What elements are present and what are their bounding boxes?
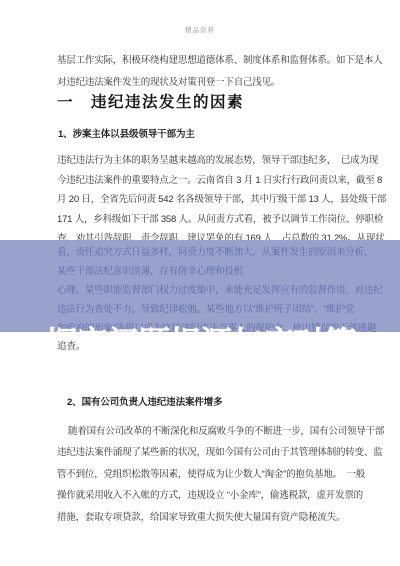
paragraph-1-continuation: 追查。 bbox=[57, 338, 86, 352]
paragraph-1: 违纪违法行为主体的职务呈越来越高的发展态势，领导干部违纪多， 已成为现 今违纪违… bbox=[57, 151, 360, 249]
body-text-line: 171 人，乡科级如下干部 358 人。从问责方式看，被予以调节工作岗位、停职检 bbox=[57, 210, 360, 230]
document-page: 精品资料 基层工作实际，积极环绕构建思想道德体系、制度体系和监督体系。如下是本人… bbox=[0, 0, 400, 566]
intro-line: 基层工作实际，积极环绕构建思想道德体系、制度体系和监督体系。如下是本人 bbox=[57, 50, 360, 72]
body-text-line: 违纪违法案件涌现了某些新的状况，现如今国有公司由于其管理体制的转变、监 bbox=[57, 442, 360, 463]
body-text-line: 管不到位，党组织松散等因素，使得成为让少数人“淘金”的抱负基地。 一般 bbox=[57, 464, 360, 485]
section-heading: 一 违纪违法发生的因素 bbox=[57, 90, 244, 112]
body-text-line: 随着国有公司改革的不断深化和反腐败斗争的不断进一步，国有公司领导干部 bbox=[57, 421, 360, 442]
promo-overlay-banner: 看，责任追究方式日益多样，问责力度不断加大。从案件发生的原因来分析， 某些干部法… bbox=[0, 240, 400, 332]
page-header-watermark: 精品资料 bbox=[0, 25, 400, 34]
banner-title-line: 探究问题根源与应对策 bbox=[0, 323, 400, 332]
body-text-line: 操作就采用收入不入帐的方式，违规设立 “小金库”，偷逃税款，虚开发票的 bbox=[57, 485, 360, 506]
body-text-line: 措施，套取专项贷款，给国家导致重大损失使大量国有资产隐秘流失。 bbox=[57, 507, 360, 528]
body-text-line: 月 20 日，全省先后问责 542 名各级领导干部，其中厅级干部 13 人，县处… bbox=[57, 190, 360, 210]
body-text-line: 违纪违法行为主体的职务呈越来越高的发展态势，领导干部违纪多， 已成为现 bbox=[57, 151, 360, 171]
intro-paragraph: 基层工作实际，积极环绕构建思想道德体系、制度体系和监督体系。如下是本人 对违纪违… bbox=[57, 50, 360, 94]
banner-title: 探究问题根源与应对策 略，落实违规行为的深 bbox=[0, 243, 400, 332]
body-text-line: 今违纪违法案件的重要特点之一。云南省自 3 月 1 日实行行政问责以来，截至 8 bbox=[57, 171, 360, 191]
subheading-1: 1、涉案主体以县级领导干部为主 bbox=[58, 126, 195, 140]
paragraph-2: 随着国有公司改革的不断深化和反腐败斗争的不断进一步，国有公司领导干部 违纪违法案… bbox=[57, 421, 360, 528]
subheading-2: 2、国有公司负责人违纪违法案件增多 bbox=[67, 394, 223, 408]
